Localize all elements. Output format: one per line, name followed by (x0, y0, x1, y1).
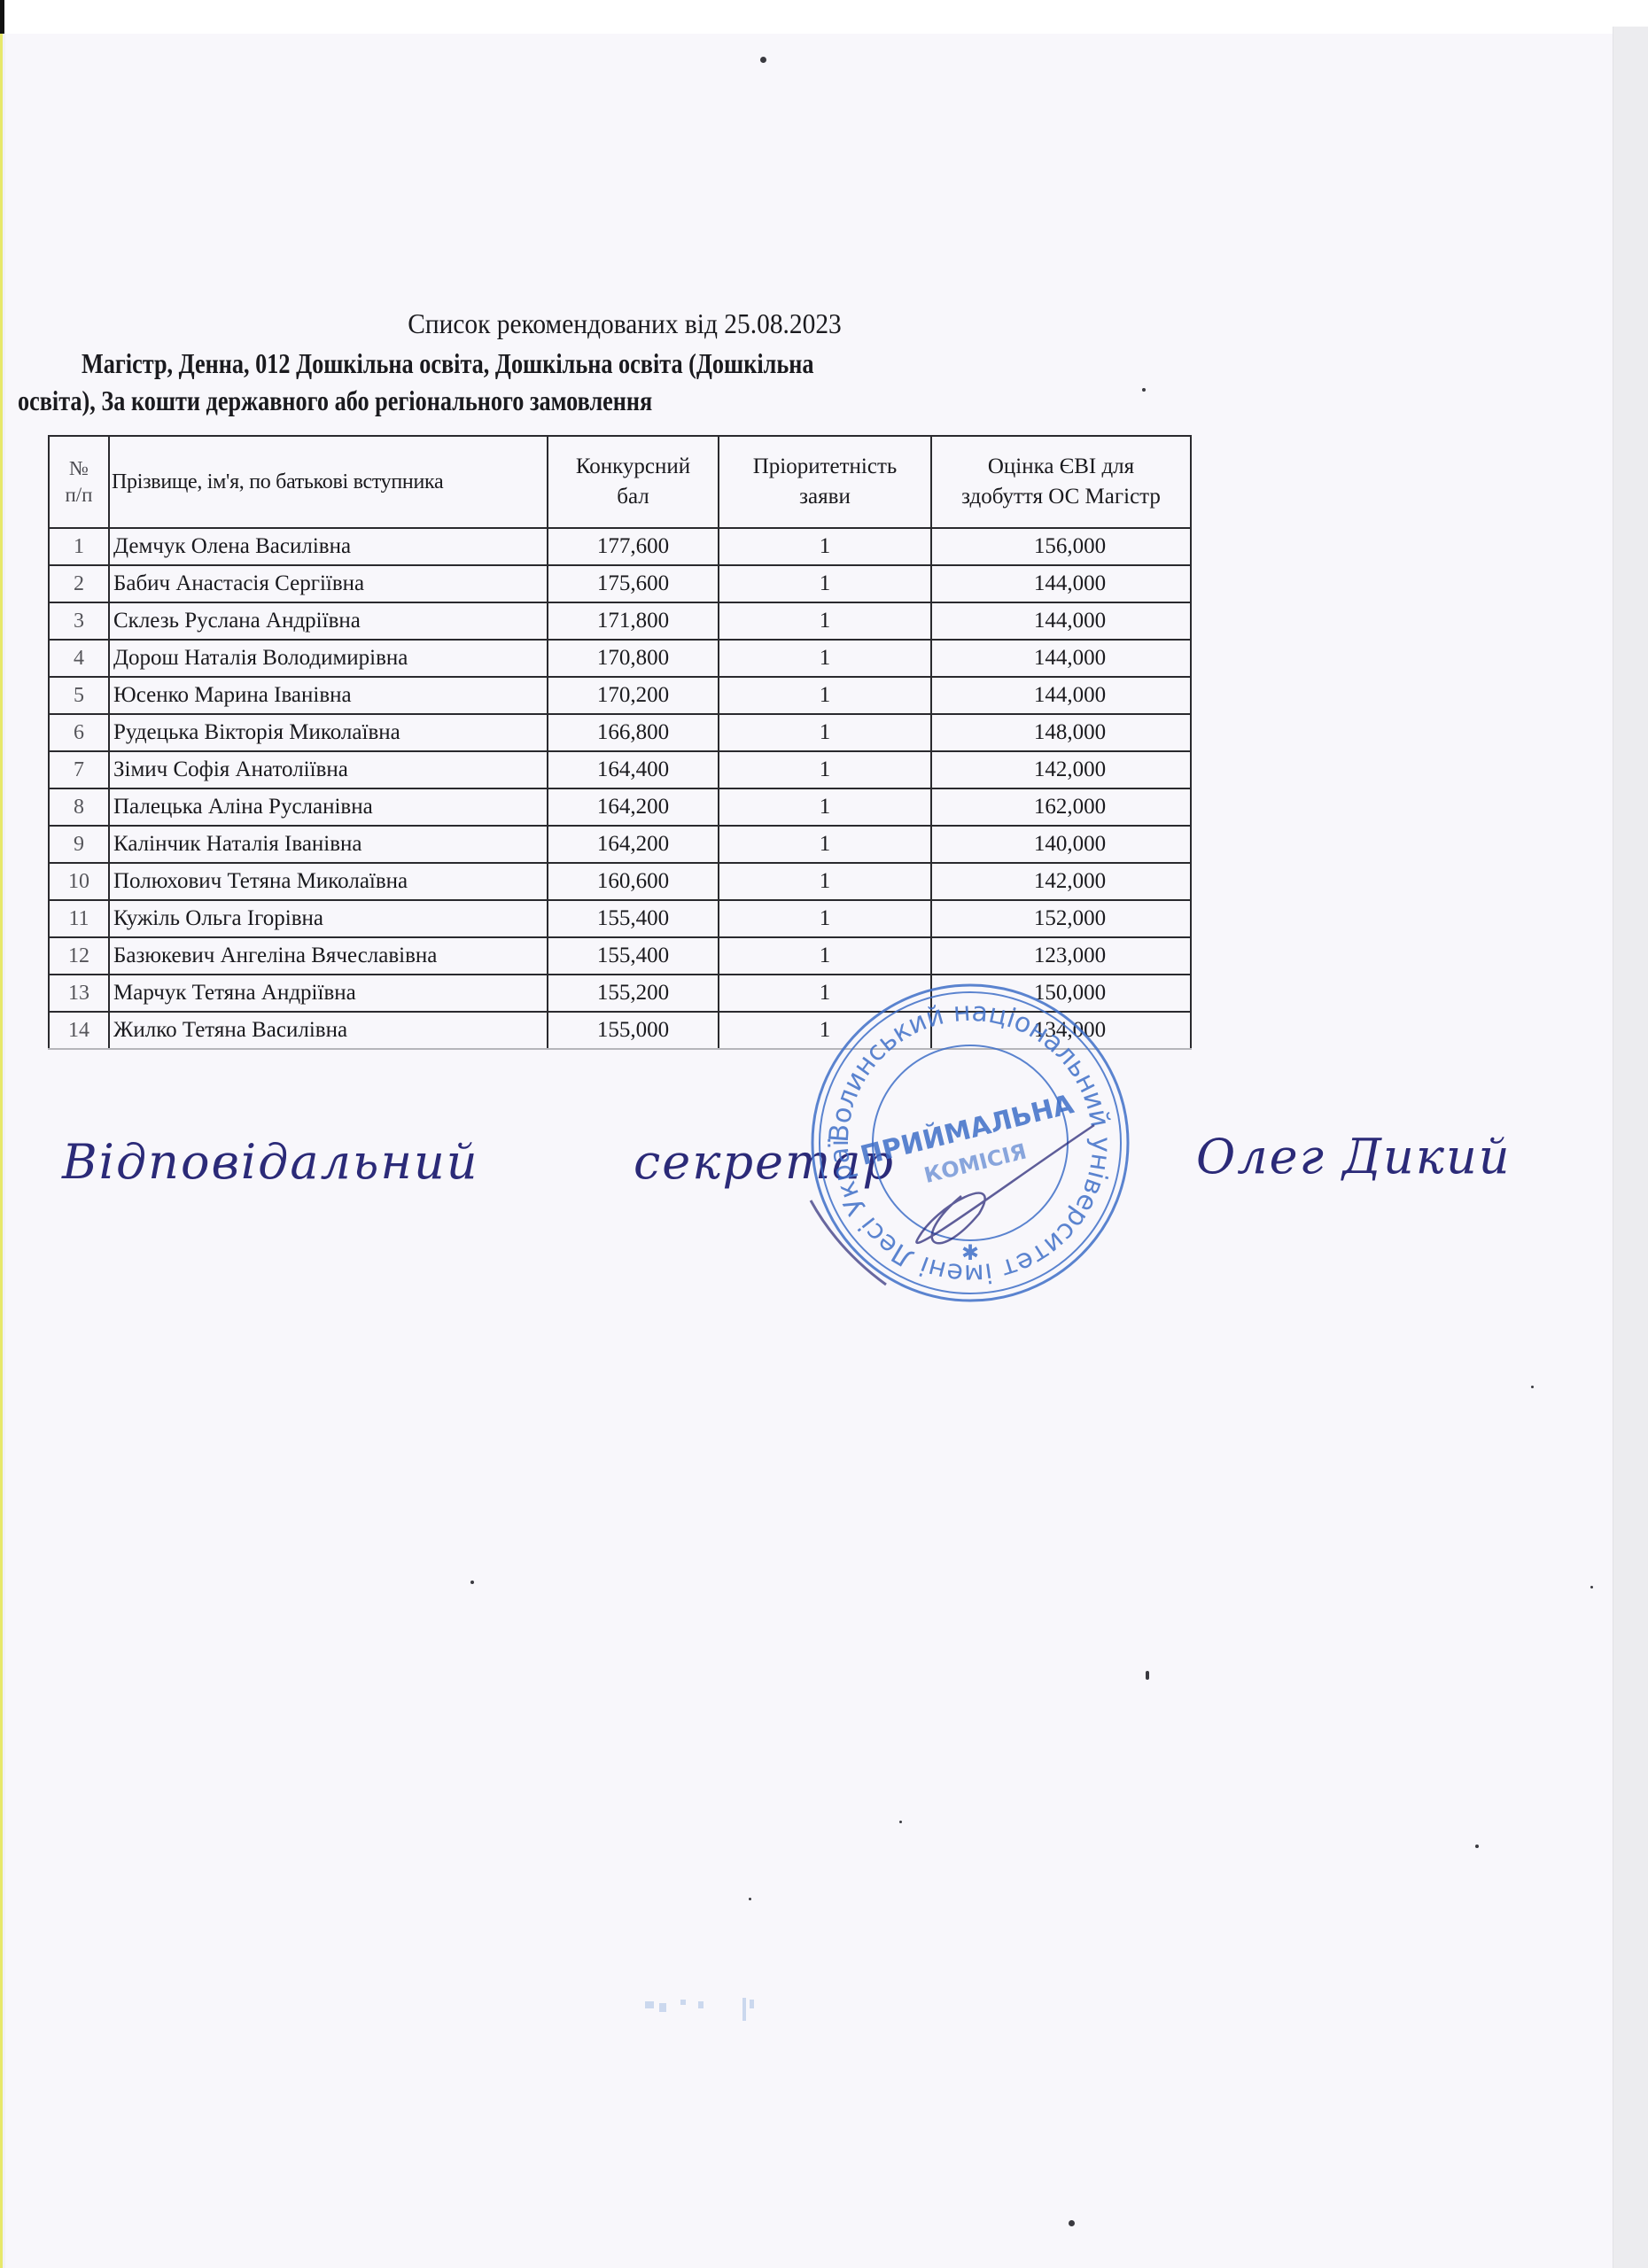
applicant-name: Кужіль Ольга Ігорівна (109, 900, 548, 937)
recommended-list-table: № п/п Прізвище, ім'я, по батькові вступн… (48, 435, 1192, 1050)
header-applicant-name: Прізвище, ім'я, по батькові вступника (109, 436, 548, 528)
evi-score: 148,000 (931, 714, 1191, 751)
competitive-score: 155,200 (548, 975, 719, 1012)
table-row: 5Юсенко Марина Іванівна170,2001144,000 (49, 677, 1191, 714)
table-row: 7Зімич Софія Анатоліївна164,4001142,000 (49, 751, 1191, 788)
speck (1069, 2220, 1075, 2226)
header-number-symbol: № (50, 455, 108, 482)
row-number: 10 (49, 863, 109, 900)
header-priority-line2: заяви (719, 482, 930, 512)
document-title: Список рекомендованих від 25.08.2023 (50, 307, 1199, 340)
table-header-row: № п/п Прізвище, ім'я, по батькові вступн… (49, 436, 1191, 528)
application-priority: 1 (719, 677, 931, 714)
application-priority: 1 (719, 937, 931, 975)
document-subtitle-line2: освіта), За кошти державного або регіона… (18, 383, 652, 418)
application-priority: 1 (719, 528, 931, 565)
evi-score: 144,000 (931, 677, 1191, 714)
speck (899, 1821, 902, 1823)
applicant-name: Склезь Руслана Андріївна (109, 602, 548, 640)
competitive-score: 175,600 (548, 565, 719, 602)
applicant-name: Рудецька Вікторія Миколаївна (109, 714, 548, 751)
applicant-name: Бабич Анастасія Сергіївна (109, 565, 548, 602)
competitive-score: 166,800 (548, 714, 719, 751)
evi-score: 144,000 (931, 602, 1191, 640)
row-number: 6 (49, 714, 109, 751)
table-row: 6Рудецька Вікторія Миколаївна166,8001148… (49, 714, 1191, 751)
table-row: 3Склезь Руслана Андріївна171,8001144,000 (49, 602, 1191, 640)
competitive-score: 164,200 (548, 788, 719, 826)
table-row: 10Полюхович Тетяна Миколаївна160,6001142… (49, 863, 1191, 900)
competitive-score: 164,200 (548, 826, 719, 863)
header-score-line2: бал (548, 482, 718, 512)
row-number: 1 (49, 528, 109, 565)
speck (1142, 388, 1146, 392)
competitive-score: 160,600 (548, 863, 719, 900)
evi-score: 156,000 (931, 528, 1191, 565)
evi-score: 162,000 (931, 788, 1191, 826)
competitive-score: 170,200 (548, 677, 719, 714)
faded-bleed-through-mark (645, 1998, 822, 2024)
row-number: 12 (49, 937, 109, 975)
applicant-name: Палецька Аліна Русланівна (109, 788, 548, 826)
application-priority: 1 (719, 640, 931, 677)
applicant-name: Демчук Олена Василівна (109, 528, 548, 565)
applicant-name: Калінчик Наталія Іванівна (109, 826, 548, 863)
application-priority: 1 (719, 565, 931, 602)
applicant-name: Зімич Софія Анатоліївна (109, 751, 548, 788)
scan-right-edge (1613, 27, 1648, 2268)
competitive-score: 171,800 (548, 602, 719, 640)
application-priority: 1 (719, 863, 931, 900)
application-priority: 1 (719, 826, 931, 863)
applicant-name: Дорош Наталія Володимирівна (109, 640, 548, 677)
stamp-star: ✱ (961, 1242, 979, 1265)
application-priority: 1 (719, 714, 931, 751)
evi-score: 142,000 (931, 863, 1191, 900)
header-number-label: п/п (50, 482, 108, 509)
table-row: 8Палецька Аліна Русланівна164,2001162,00… (49, 788, 1191, 826)
applicant-name: Марчук Тетяна Андріївна (109, 975, 548, 1012)
speck (470, 1581, 474, 1584)
table-row: 11Кужіль Ольга Ігорівна155,4001152,000 (49, 900, 1191, 937)
row-number: 13 (49, 975, 109, 1012)
admissions-committee-stamp-icon: Волинський національний університет імен… (802, 975, 1139, 1311)
speck (1475, 1845, 1479, 1848)
competitive-score: 164,400 (548, 751, 719, 788)
scan-edge-artifact (0, 0, 4, 34)
table-row: 2Бабич Анастасія Сергіївна175,6001144,00… (49, 565, 1191, 602)
header-priority: Пріоритетність заяви (719, 436, 931, 528)
competitive-score: 170,800 (548, 640, 719, 677)
header-score-line1: Конкурсний (548, 452, 718, 482)
application-priority: 1 (719, 788, 931, 826)
speck (1146, 1671, 1149, 1680)
row-number: 9 (49, 826, 109, 863)
signature-role-word1: Відповідальний (62, 1134, 479, 1190)
header-number: № п/п (49, 436, 109, 528)
row-number: 14 (49, 1012, 109, 1049)
table-row: 12Базюкевич Ангеліна Вячеславівна155,400… (49, 937, 1191, 975)
evi-score: 142,000 (931, 751, 1191, 788)
table-row: 4Дорош Наталія Володимирівна170,8001144,… (49, 640, 1191, 677)
header-priority-line1: Пріоритетність (719, 452, 930, 482)
row-number: 5 (49, 677, 109, 714)
header-evi-score: Оцінка ЄВІ для здобуття ОС Магістр (931, 436, 1191, 528)
application-priority: 1 (719, 751, 931, 788)
header-evi-line1: Оцінка ЄВІ для (932, 452, 1190, 482)
speck (1590, 1586, 1593, 1588)
speck (749, 1898, 751, 1900)
table-row: 1Демчук Олена Василівна177,6001156,000 (49, 528, 1191, 565)
competitive-score: 177,600 (548, 528, 719, 565)
row-number: 7 (49, 751, 109, 788)
application-priority: 1 (719, 602, 931, 640)
evi-score: 140,000 (931, 826, 1191, 863)
document-subtitle-line1: Магістр, Денна, 012 Дошкільна освіта, До… (82, 346, 813, 381)
row-number: 8 (49, 788, 109, 826)
speck (760, 57, 766, 63)
evi-score: 144,000 (931, 640, 1191, 677)
applicant-name: Базюкевич Ангеліна Вячеславівна (109, 937, 548, 975)
header-evi-line2: здобуття ОС Магістр (932, 482, 1190, 512)
application-priority: 1 (719, 900, 931, 937)
competitive-score: 155,400 (548, 937, 719, 975)
competitive-score: 155,000 (548, 1012, 719, 1049)
row-number: 2 (49, 565, 109, 602)
signature-name: Олег Дикий (1196, 1129, 1512, 1184)
row-number: 3 (49, 602, 109, 640)
scan-left-edge (0, 34, 3, 2268)
row-number: 4 (49, 640, 109, 677)
row-number: 11 (49, 900, 109, 937)
scan-top-margin (0, 0, 1648, 34)
applicant-name: Полюхович Тетяна Миколаївна (109, 863, 548, 900)
table-row: 9Калінчик Наталія Іванівна164,2001140,00… (49, 826, 1191, 863)
applicant-name: Юсенко Марина Іванівна (109, 677, 548, 714)
evi-score: 144,000 (931, 565, 1191, 602)
speck (1531, 1386, 1534, 1388)
applicant-name: Жилко Тетяна Василівна (109, 1012, 548, 1049)
evi-score: 152,000 (931, 900, 1191, 937)
evi-score: 123,000 (931, 937, 1191, 975)
header-competitive-score: Конкурсний бал (548, 436, 719, 528)
competitive-score: 155,400 (548, 900, 719, 937)
